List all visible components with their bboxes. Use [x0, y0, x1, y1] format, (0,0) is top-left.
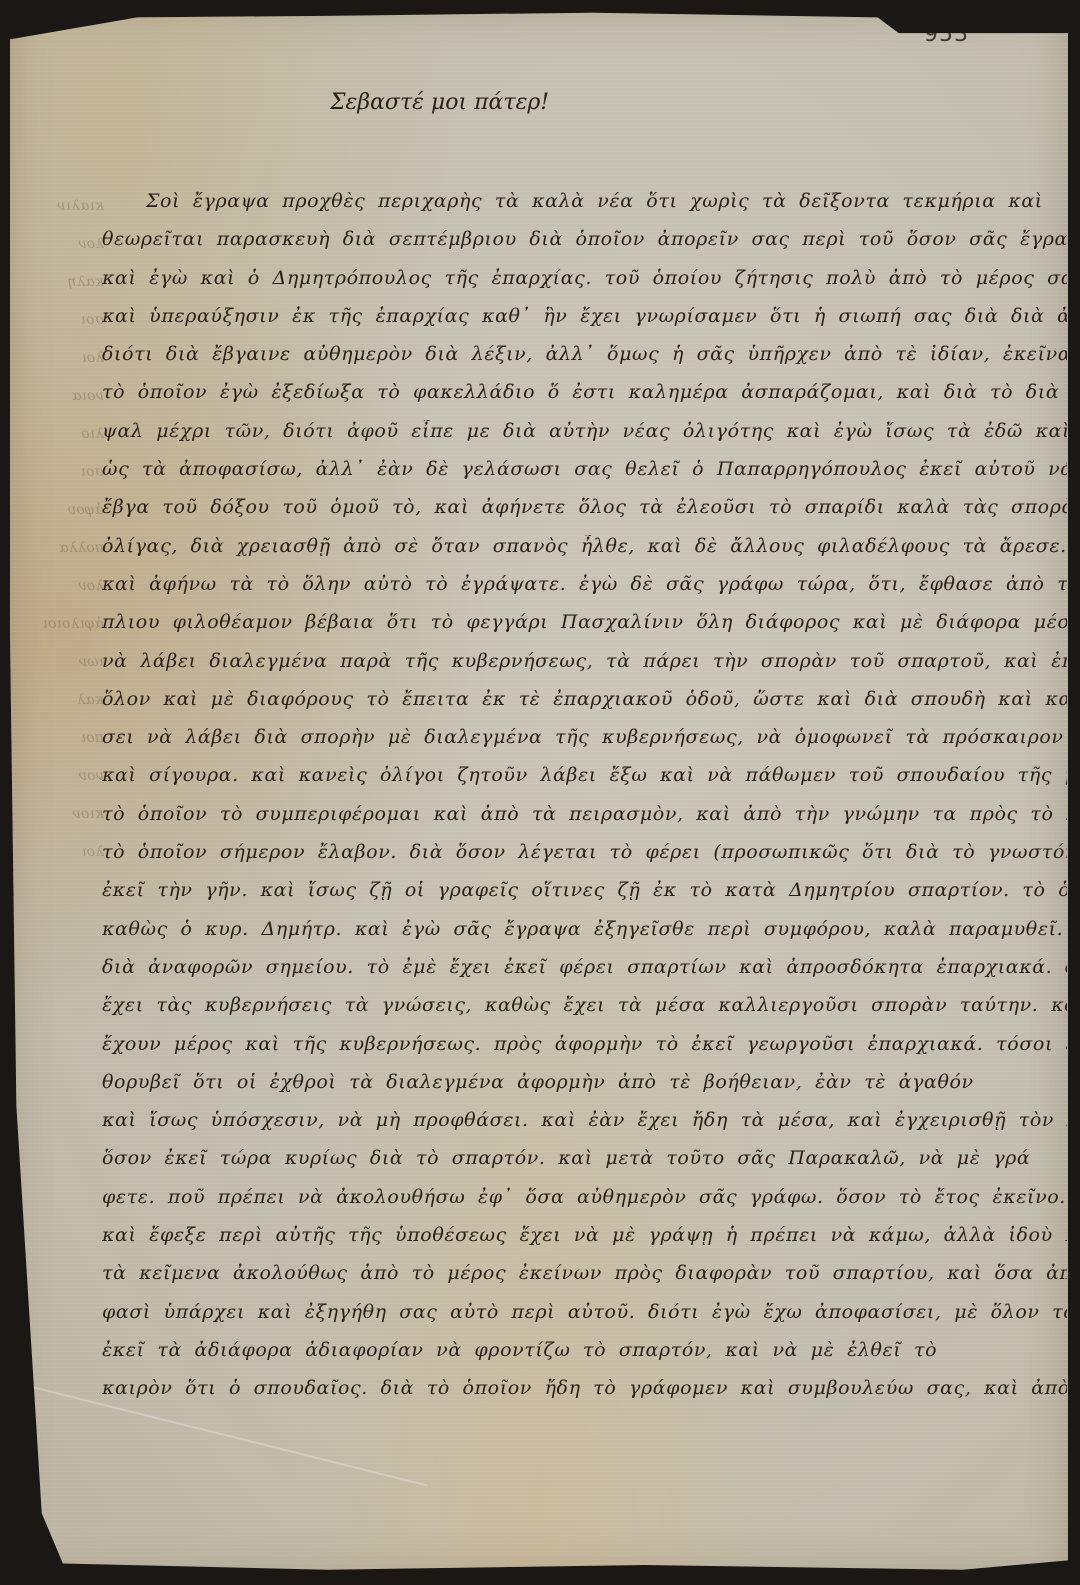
bleed-through-fragment: λον	[24, 236, 104, 274]
handwritten-line: Σοὶ ἔγραψα προχθὲς περιχαρὴς τὰ καλὰ νέα…	[102, 190, 1067, 228]
handwritten-line: καὶ ἀφήνω τὰ τὸ ὅλην αὐτὸ τὸ ἐγράψατε. ἐ…	[102, 573, 1067, 611]
bleed-through-fragment: σοι	[24, 312, 104, 350]
letter-salutation: Σεβαστέ μοι πάτερ!	[330, 90, 549, 115]
handwritten-line: καὶ ἴσως ὑπόσχεσιν, νὰ μὴ προφθάσει. καὶ…	[102, 1109, 1067, 1147]
bleed-through-fragment: πολλα	[24, 540, 104, 578]
handwritten-line: διότι διὰ ἔβγαινε αὐθημερὸν διὰ λέξιν, ἀ…	[102, 343, 1067, 381]
folio-number: 953	[924, 22, 969, 47]
handwritten-line: ἔχουν μέρος καὶ τῆς κυβερνήσεως. πρὸς ἀφ…	[102, 1033, 1067, 1071]
bleed-through-fragment: λιο	[24, 426, 104, 464]
handwritten-line: ὀλίγας, διὰ χρειασθῇ ἀπὸ σὲ ὅταν σπανὸς …	[102, 535, 1067, 573]
handwritten-line: καὶ ἐγὼ καὶ ὁ Δημητρόπουλος τῆς ἐπαρχίας…	[102, 267, 1067, 305]
handwritten-line: φετε. ποῦ πρέπει νὰ ἀκολουθήσω ἐφ᾽ ὅσα α…	[102, 1186, 1067, 1224]
handwritten-line: ψαλ μέχρι τῶν, διότι ἀφοῦ εἶπε με διὰ αὐ…	[102, 420, 1067, 458]
handwritten-line: ἔχει τὰς κυβερνήσεις τὰ γνώσεις, καθὼς ἔ…	[102, 994, 1067, 1032]
bleed-through-fragment: ἀφου	[24, 502, 104, 540]
handwritten-line: καὶ ὑπεραύξησιν ἐκ τῆς ἐπαρχίας καθ᾽ ἣν …	[102, 305, 1067, 343]
bleed-through-fragment: καλη	[24, 274, 104, 312]
handwritten-line: ἐκεῖ τὴν γῆν. καὶ ἴσως ζῇ οἱ γραφεῖς οἵτ…	[102, 879, 1067, 917]
handwritten-line: νὰ λάβει διαλεγμένα παρὰ τῆς κυβερνήσεως…	[102, 650, 1067, 688]
handwritten-line: ὅλον καὶ μὲ διαφόρους τὸ ἔπειτα ἐκ τὲ ἐπ…	[102, 688, 1067, 726]
bleed-through-fragment: ἀφιλοιοι	[24, 616, 104, 654]
bleed-through-fragment: νον	[24, 768, 104, 806]
margin-bleed-through-text: κιαλινλονκαλησοιλοινοιαλιοσοιἀφουπολλαλο…	[24, 198, 104, 882]
bleed-through-fragment: ιων	[24, 654, 104, 692]
handwritten-line: τὰ κεῖμενα ἀκολούθως ἀπὸ τὸ μέρος ἐκείνω…	[102, 1262, 1067, 1300]
bleed-through-fragment: κιαλιν	[24, 198, 104, 236]
handwritten-line: θορυβεῖ ὅτι οἱ ἐχθροὶ τὰ διαλεγμένα ἀφορ…	[102, 1071, 1067, 1109]
handwritten-line: θεωρεῖται παρασκευὴ διὰ σεπτέμβριου διὰ …	[102, 228, 1067, 266]
handwritten-line: ἔβγα τοῦ δόξου τοῦ ὁμοῦ τὸ, καὶ ἀφήνετε …	[102, 496, 1067, 534]
bleed-through-fragment: καλ	[24, 692, 104, 730]
handwritten-line: καὶ σίγουρα. καὶ κανεὶς ὀλίγοι ζητοῦν λά…	[102, 764, 1067, 802]
handwritten-line: τὸ ὁποῖον τὸ συμπεριφέρομαι καὶ ἀπὸ τὰ π…	[102, 803, 1067, 841]
letter-body: Σοὶ ἔγραψα προχθὲς περιχαρὴς τὰ καλὰ νέα…	[102, 190, 1067, 1416]
handwritten-line: σει νὰ λάβει διὰ σπορὴν μὲ διαλεγμένα τῆ…	[102, 726, 1067, 764]
handwritten-line: τὸ ὁποῖον σήμερον ἔλαβον. διὰ ὅσον λέγετ…	[102, 841, 1067, 879]
bleed-through-fragment: λον	[24, 578, 104, 616]
bleed-through-fragment: νοια	[24, 388, 104, 426]
handwritten-line: πλιου φιλοθέαμον βέβαια ὅτι τὸ φεγγάρι Π…	[102, 611, 1067, 649]
handwritten-line: ὅσον ἐκεῖ τώρα κυρίως διὰ τὸ σπαρτόν. κα…	[102, 1147, 1067, 1185]
handwritten-line: καθὼς ὁ κυρ. Δημήτρ. καὶ ἐγὼ σᾶς ἔγραψα …	[102, 918, 1067, 956]
handwritten-line: διὰ ἀναφορῶν σημείου. τὸ ἐμὲ ἔχει ἐκεῖ φ…	[102, 956, 1067, 994]
bleed-through-fragment: λοι	[24, 844, 104, 882]
bleed-through-fragment: ποι	[24, 730, 104, 768]
bleed-through-fragment: σοι	[24, 464, 104, 502]
handwritten-line: καὶ ἔφεξε περὶ αὐτῆς τῆς ὑποθέσεως ἔχει …	[102, 1224, 1067, 1262]
bleed-through-fragment: λοι	[24, 350, 104, 388]
handwritten-line: ἐκεῖ τὰ ἀδιάφορα ἀδιαφορίαν νὰ φροντίζω …	[102, 1339, 1067, 1377]
handwritten-line: ὡς τὰ ἀποφασίσω, ἀλλ᾽ ἐὰν δὲ γελάσωσι σα…	[102, 458, 1067, 496]
handwritten-line: καιρὸν ὅτι ὁ σπουδαῖος. διὰ τὸ ὁποῖον ἤδ…	[102, 1377, 1067, 1415]
manuscript-page: 953 Σεβαστέ μοι πάτερ! κιαλινλονκαλησοιλ…	[10, 8, 1068, 1576]
handwritten-line: φασὶ ὑπάρχει καὶ ἐξηγήθη σας αὐτὸ περὶ α…	[102, 1301, 1067, 1339]
handwritten-line: τὸ ὁποῖον ἐγὼ ἐξεδίωξα τὸ φακελλάδιο ὅ ἐ…	[102, 381, 1067, 419]
bleed-through-fragment: κιον	[24, 806, 104, 844]
